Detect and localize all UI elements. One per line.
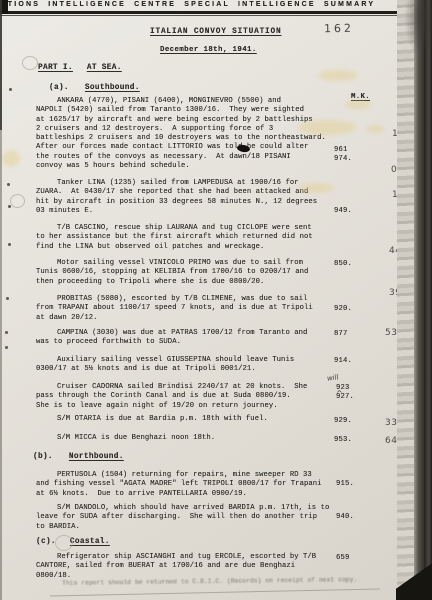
letterhead-rule-thick — [0, 11, 412, 14]
handwritten-page-number: 162 — [324, 22, 354, 36]
binding-edge-mid — [414, 0, 424, 600]
section-b-heading: (b).Northbound. — [33, 453, 124, 461]
paragraph-pertusola: PERTUSOLA (1504) returning for repairs, … — [36, 471, 342, 499]
section-a-label: (a). — [49, 84, 69, 92]
letterhead-banner: ATIONS INTELLIGENCE CENTRE SPECIAL INTEL… — [1, 1, 375, 8]
stain — [318, 70, 358, 81]
paragraph-tanker-lina: Tanker LINA (1235) sailed from LAMPEDUSA… — [36, 179, 342, 216]
margin-dot — [8, 205, 11, 208]
section-b-title: Northbound. — [69, 453, 124, 461]
margin-ref: 929. — [334, 417, 352, 425]
margin-ref: 949. — [334, 207, 352, 215]
paragraph-cruiser-cadorna: Cruiser CADORNA sailed Brindisi 2240/17 … — [36, 383, 342, 411]
pencil-insertion-will: will — [327, 373, 339, 382]
binding-edge-dark — [424, 0, 432, 600]
margin-ref: 915. — [336, 480, 354, 488]
margin-dot — [6, 297, 9, 300]
section-a-heading: (a).Southbound. — [49, 84, 140, 92]
document-date: December 18th, 1941. — [160, 46, 257, 54]
margin-dot — [5, 346, 8, 349]
pencil-caret: ^ — [336, 389, 343, 398]
part-heading: PART I.AT SEA. — [38, 64, 122, 72]
paragraph-probitas: PROBITAS (5080), escorted by T/B CLIMENE… — [36, 295, 342, 323]
part-label: PART I. — [38, 64, 73, 72]
part-title: AT SEA. — [87, 64, 122, 72]
document-title: ITALIAN CONVOY SITUATION — [150, 28, 282, 36]
margin-dot — [8, 243, 11, 246]
paragraph-vinicolo-primo: Motor sailing vessel VINICOLO PRIMO was … — [36, 259, 342, 287]
margin-dot — [5, 331, 8, 334]
margin-ref: 953. — [334, 436, 352, 444]
margin-ref: 961 — [334, 146, 348, 154]
section-b-label: (b). — [33, 453, 53, 461]
margin-ref: 974. — [334, 155, 352, 163]
margin-ref: 659 — [336, 554, 350, 562]
hole-punch-mark — [55, 535, 73, 551]
paragraph-sm-dandolo: S/M DANDOLO, which should have arrived B… — [36, 504, 342, 532]
margin-ref: 914. — [334, 357, 352, 365]
stain — [298, 120, 356, 135]
section-c-label: (c). — [36, 538, 56, 546]
page-edge-shadow — [50, 589, 380, 597]
hole-punch-mark — [10, 194, 25, 208]
margin-ref: 877 — [334, 330, 348, 338]
paragraph-campina: CAMPINA (3030) was due at PATRAS 1700/12… — [36, 329, 342, 348]
stain — [345, 100, 371, 109]
letterhead-rule-thin — [0, 15, 412, 16]
left-scan-edge-dark — [0, 0, 2, 130]
stain — [366, 125, 384, 133]
paragraph-sm-micca: S/M MICCA is due Benghazi noon 18th. — [36, 434, 342, 443]
section-a-title: Southbound. — [85, 84, 140, 92]
hole-punch-mark — [22, 56, 38, 70]
paragraph-ankara-convoy: ANKARA (4770), PISANI (6400), MONGINEVRO… — [36, 97, 342, 171]
paragraph-sm-otaria: S/M OTARIA is due at Bardia p.m. 18th wi… — [36, 415, 342, 424]
margin-dot — [7, 183, 10, 186]
paragraph-giusseppina: Auxiliary sailing vessel GIUSSEPINA shou… — [36, 356, 342, 375]
margin-dot — [9, 88, 12, 91]
stain — [2, 150, 20, 167]
margin-ref: 920. — [334, 305, 352, 313]
paragraph-cascino-rescue: T/B CASCINO, rescue ship LAURANA and tug… — [36, 224, 342, 252]
margin-ref: 940. — [336, 513, 354, 521]
margin-ref: 850. — [334, 260, 352, 268]
stain — [298, 183, 334, 193]
binding-top-shadow — [404, 0, 432, 58]
binding-edge-mottle — [397, 0, 414, 600]
scanned-document-page: ATIONS INTELLIGENCE CENTRE SPECIAL INTEL… — [0, 0, 432, 600]
section-c-title: Coastal. — [70, 538, 110, 546]
